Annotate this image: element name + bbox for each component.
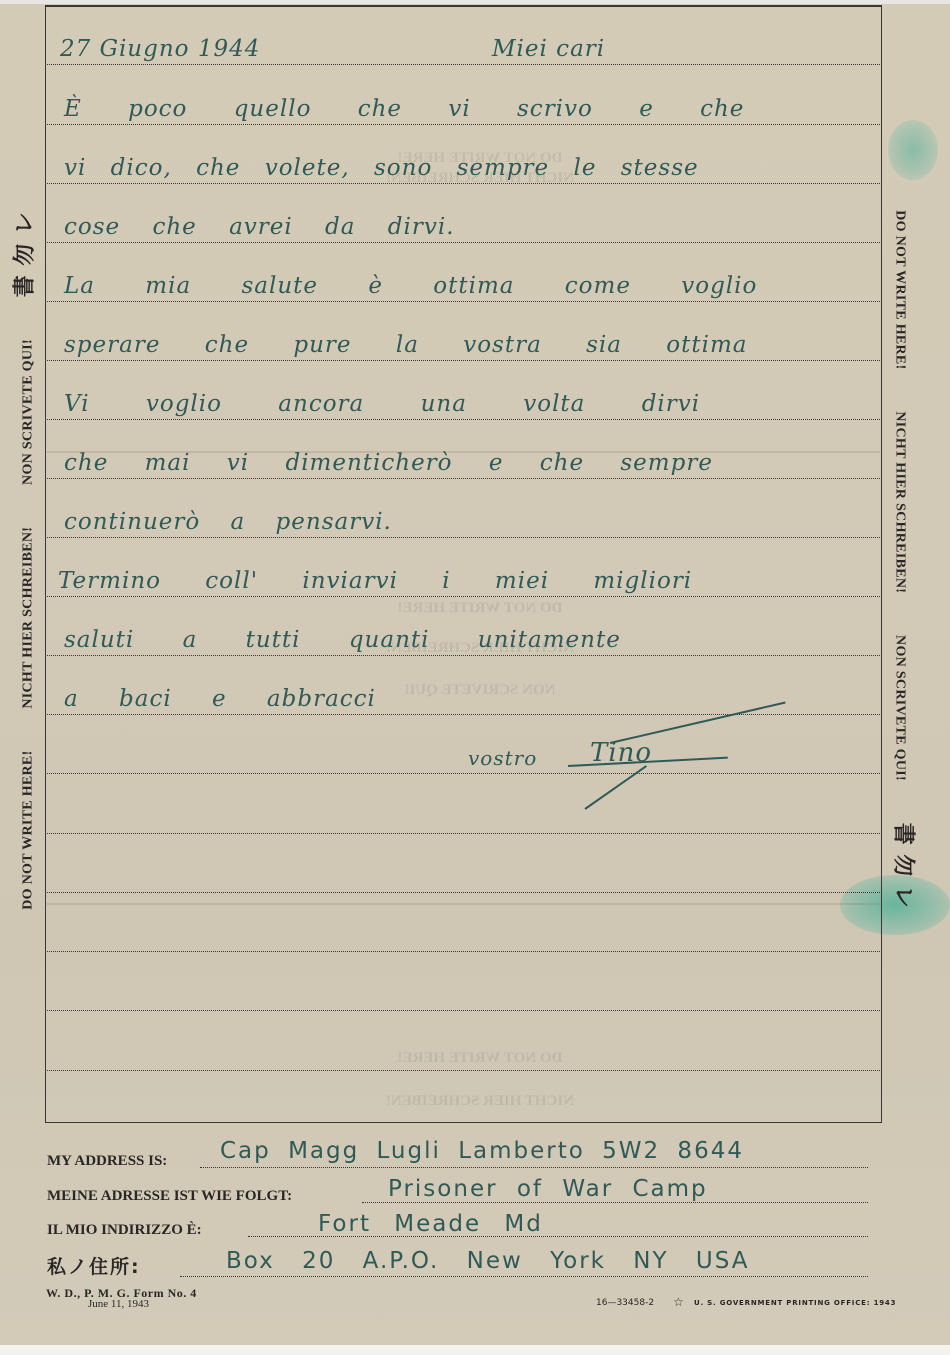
warning-ja: 書 勿 レ (12, 210, 37, 297)
ruled-line (47, 242, 880, 243)
address-rule (362, 1202, 868, 1203)
ruled-line (47, 655, 880, 656)
letter-line: che mai vi dimenticherò e che sempre (64, 450, 713, 476)
ruled-line (47, 537, 880, 538)
address-line-3: Fort Meade Md (318, 1211, 543, 1237)
printer-imprint: U. S. GOVERNMENT PRINTING OFFICE: 1943 (694, 1299, 896, 1307)
warning-it: NON SCRIVETE QUI! (21, 339, 36, 485)
ruled-line (47, 64, 880, 65)
letter-line: saluti a tutti quanti unitamente (64, 627, 621, 653)
address-label-ja: 私ノ住所: (47, 1252, 141, 1279)
address-label-de: MEINE ADRESSE IST WIE FOLGT: (47, 1188, 292, 1205)
ruled-line (47, 183, 880, 184)
ruled-line (47, 360, 880, 361)
letter-line: continuerò a pensarvi. (64, 509, 392, 535)
ruled-line (47, 301, 880, 302)
warning-ja: 書 勿 レ (892, 823, 917, 910)
warning-de: NICHT HIER SCHREIBEN! (21, 527, 36, 709)
letter-line: La mia salute è ottima come voglio (64, 273, 757, 299)
warning-de: NICHT HIER SCHREIBEN! (893, 411, 908, 593)
print-code: 16—33458-2 (596, 1298, 654, 1308)
ruled-line (47, 596, 880, 597)
ruled-line (47, 124, 880, 125)
letter-line: Vi voglio ancora una volta dirvi (64, 391, 700, 417)
scan-bottom-margin (0, 1345, 950, 1355)
sheet-top-edge (0, 0, 950, 4)
ruled-line (47, 833, 880, 834)
ruled-line (47, 1010, 880, 1011)
warning-en: DO NOT WRITE HERE! (21, 750, 36, 909)
address-line-4: Box 20 A.P.O. New York NY USA (226, 1248, 749, 1274)
letter-line: sperare che pure la vostra sia ottima (64, 332, 748, 358)
letter-closing: vostro (468, 746, 537, 770)
ruled-line (47, 951, 880, 952)
form-date: June 11, 1943 (88, 1298, 149, 1310)
letter-line: a baci e abbracci (64, 686, 376, 712)
ruled-line (47, 892, 880, 893)
warning-it: NON SCRIVETE QUI! (893, 635, 908, 781)
left-margin-warning: DO NOT WRITE HERE! NICHT HIER SCHREIBEN!… (8, 210, 39, 910)
ink-stain (888, 120, 938, 180)
address-line-1: Cap Magg Lugli Lamberto 5W2 8644 (220, 1138, 744, 1164)
right-margin-warning: DO NOT WRITE HERE! NICHT HIER SCHREIBEN!… (890, 210, 921, 910)
letter-line: cose che avrei da dirvi. (64, 214, 455, 240)
address-rule (180, 1276, 868, 1277)
letter-line: vi dico, che volete, sono sempre le stes… (64, 155, 699, 181)
ruled-line (47, 478, 880, 479)
star-icon: ☆ (673, 1295, 684, 1310)
address-line-2: Prisoner of War Camp (388, 1176, 708, 1202)
ruled-line (47, 714, 880, 715)
ruled-line (47, 773, 880, 774)
address-label-it: IL MIO INDIRIZZO È: (47, 1222, 202, 1239)
fold-crease (47, 903, 880, 905)
letter-date: 27 Giugno 1944 (60, 36, 260, 62)
letter-salutation: Miei cari (492, 36, 605, 62)
ruled-line (47, 419, 880, 420)
address-rule (200, 1167, 868, 1168)
letter-line: È poco quello che vi scrivo e che (64, 96, 744, 122)
warning-en: DO NOT WRITE HERE! (893, 210, 908, 369)
address-label-en: MY ADDRESS IS: (47, 1153, 167, 1170)
ruled-line (47, 1070, 880, 1071)
letter-line: Termino coll' inviarvi i miei migliori (58, 568, 692, 594)
